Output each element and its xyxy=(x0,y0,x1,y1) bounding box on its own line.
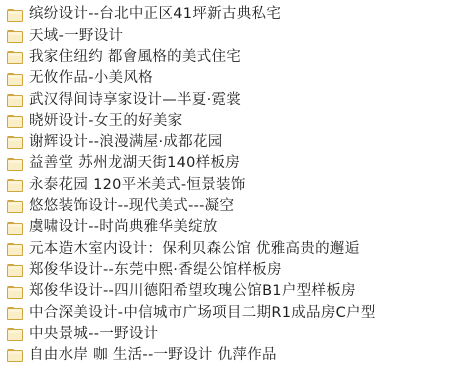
list-item[interactable]: 益善堂 苏州龙湖天街140样板房 xyxy=(0,153,460,174)
folder-name-label: 郑俊华设计--四川德阳希望玫瑰公馆B1户型样板房 xyxy=(29,284,356,299)
folder-name-label: 无攸作品-小美风格 xyxy=(29,71,153,86)
folder-icon xyxy=(7,262,23,278)
list-item[interactable]: 天域-一野设计 xyxy=(0,25,460,46)
folder-name-label: 郑俊华设计--东莞中熙·香缇公馆样板房 xyxy=(29,263,282,278)
list-item[interactable]: 元本造木室内设计：保利贝森公馆 优雅高贵的邂逅 xyxy=(0,238,460,259)
list-item[interactable]: 悠悠装饰设计--现代美式---凝空 xyxy=(0,196,460,217)
list-item[interactable]: 自由水岸 咖 生活--一野设计 仇萍作品 xyxy=(0,345,460,366)
folder-icon xyxy=(7,113,23,129)
folder-icon xyxy=(7,241,23,257)
list-item[interactable]: 永泰花园 120平米美式-恒景装饰 xyxy=(0,174,460,195)
folder-list: 缤纷设计--台北中正区41坪新古典私宅 天域-一野设计 我家住纽约 都會風格的美… xyxy=(0,0,460,366)
folder-icon xyxy=(7,220,23,236)
folder-icon xyxy=(7,198,23,214)
list-item[interactable]: 虞啸设计--时尚典雅华美绽放 xyxy=(0,217,460,238)
folder-icon xyxy=(7,177,23,193)
folder-name-label: 我家住纽约 都會風格的美式住宅 xyxy=(29,50,241,65)
folder-name-label: 谢辉设计--浪漫满屋·成都花园 xyxy=(29,135,223,150)
folder-name-label: 晓妍设计-女王的好美家 xyxy=(29,114,183,129)
folder-name-label: 虞啸设计--时尚典雅华美绽放 xyxy=(29,220,218,235)
folder-name-label: 自由水岸 咖 生活--一野设计 仇萍作品 xyxy=(29,348,277,363)
folder-name-label: 中央景城--一野设计 xyxy=(29,327,158,342)
list-item[interactable]: 缤纷设计--台北中正区41坪新古典私宅 xyxy=(0,4,460,25)
folder-name-label: 永泰花园 120平米美式-恒景装饰 xyxy=(29,178,246,193)
folder-icon xyxy=(7,28,23,44)
folder-name-label: 元本造木室内设计：保利贝森公馆 优雅高贵的邂逅 xyxy=(29,242,360,257)
folder-name-label: 悠悠装饰设计--现代美式---凝空 xyxy=(29,199,234,214)
folder-name-label: 益善堂 苏州龙湖天街140样板房 xyxy=(29,156,240,171)
folder-name-label: 缤纷设计--台北中正区41坪新古典私宅 xyxy=(29,7,281,22)
list-item[interactable]: 中央景城--一野设计 xyxy=(0,323,460,344)
list-item[interactable]: 无攸作品-小美风格 xyxy=(0,68,460,89)
list-item[interactable]: 我家住纽约 都會風格的美式住宅 xyxy=(0,47,460,68)
list-item[interactable]: 武汉得间诗享家设计—半夏·霓裳 xyxy=(0,89,460,110)
list-item[interactable]: 中合深美设计-中信城市广场项目二期R1成品房C户型 xyxy=(0,302,460,323)
folder-icon xyxy=(7,71,23,87)
folder-name-label: 武汉得间诗享家设计—半夏·霓裳 xyxy=(29,93,241,108)
folder-icon xyxy=(7,284,23,300)
folder-icon xyxy=(7,92,23,108)
list-item[interactable]: 谢辉设计--浪漫满屋·成都花园 xyxy=(0,132,460,153)
folder-icon xyxy=(7,7,23,23)
folder-icon xyxy=(7,134,23,150)
folder-icon xyxy=(7,305,23,321)
folder-icon xyxy=(7,347,23,363)
list-item[interactable]: 郑俊华设计--四川德阳希望玫瑰公馆B1户型样板房 xyxy=(0,281,460,302)
folder-name-label: 中合深美设计-中信城市广场项目二期R1成品房C户型 xyxy=(29,306,376,321)
folder-icon xyxy=(7,49,23,65)
list-item[interactable]: 晓妍设计-女王的好美家 xyxy=(0,110,460,131)
folder-icon xyxy=(7,156,23,172)
list-item[interactable]: 郑俊华设计--东莞中熙·香缇公馆样板房 xyxy=(0,260,460,281)
folder-name-label: 天域-一野设计 xyxy=(29,29,123,44)
folder-icon xyxy=(7,326,23,342)
